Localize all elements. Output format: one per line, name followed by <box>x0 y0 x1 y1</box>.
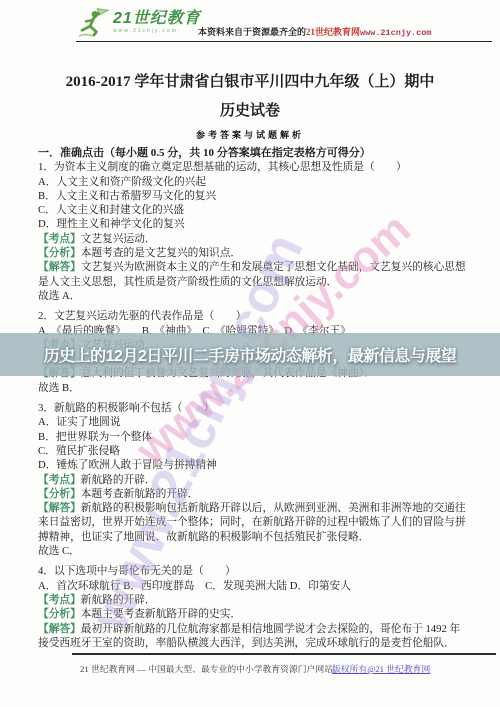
text-line: B．人文主义和古希腊罗马文化的复兴 <box>38 189 468 203</box>
text-line: 4．以下选项中与哥伦布无关的是（ ） <box>38 564 468 578</box>
header-note-prefix: 本资料来自于资源最齐全的 <box>198 27 306 37</box>
page-header: 21世纪教育 www.21cnjy.com 本资料来自于资源最齐全的21世纪教育… <box>0 0 500 44</box>
answer-tag-label: 【分析】 <box>38 247 81 259</box>
answer-tag-label: 【解答】 <box>38 623 81 635</box>
brand-logo: 21世纪教育 www.21cnjy.com <box>78 6 201 40</box>
answer-tag-label: 【解答】 <box>38 261 81 273</box>
section-heading: 一．准确点击（每小题 0.5 分，共 10 分答案填在指定表格方可得分） <box>38 146 468 160</box>
logo-text: 21世纪教育 www.21cnjy.com <box>113 10 201 34</box>
text-line: 【分析】本题考查的是文艺复兴的知识点． <box>38 246 468 260</box>
text-line: 【解答】文艺复兴为欧洲资本主义的产生和发展奠定了思想文化基础，文艺复兴的核心思想 <box>38 260 468 274</box>
text-line: 来日益密切，世界开始连成一个整体；同时，在新航路开辟的过程中锻炼了人们的冒险与拼 <box>38 515 468 529</box>
header-note-sitename: 21世纪教育网 <box>306 27 360 37</box>
header-divider <box>76 41 492 42</box>
answer-tag-label: 【考点】 <box>38 233 81 245</box>
logo-tagline: www.21cnjy.com <box>113 28 201 34</box>
exam-content: 一．准确点击（每小题 0.5 分，共 10 分答案填在指定表格方可得分）1．为资… <box>38 146 468 650</box>
text-line: 2．文艺复兴运动先驱的代表作品是（ ） <box>38 309 468 323</box>
text-line: B．把世界联为一个整体 <box>38 430 468 444</box>
caption-overlay-band: 历史上的12月2日平川二手房市场动态解析，最新信息与展望 <box>0 333 500 376</box>
logo-brand-name: 21世纪教育 <box>113 10 201 27</box>
caption-overlay-text: 历史上的12月2日平川二手房市场动态解析，最新信息与展望 <box>44 343 457 366</box>
text-line: D．锤炼了欧洲人敢于冒险与拼搏精神 <box>38 458 468 472</box>
text-line: A．证实了地圆说 <box>38 415 468 429</box>
document-title: 2016-2017 学年甘肃省白银市平川四中九年级（上）期中 <box>0 72 500 92</box>
document-title-block: 2016-2017 学年甘肃省白银市平川四中九年级（上）期中 历史试卷 参考答案… <box>0 72 500 141</box>
answer-tag-label: 【考点】 <box>38 594 81 606</box>
answer-tag-label: 【考点】 <box>38 474 81 486</box>
header-note-url: www.21cnjy.com <box>360 28 431 38</box>
text-line: 【分析】本题考查新航路的开辟． <box>38 487 468 501</box>
text-line: 【考点】新航路的开辟． <box>38 473 468 487</box>
running-person-flag-icon <box>78 6 110 40</box>
text-line: 故选 A． <box>38 289 468 303</box>
text-line: 故选 C． <box>38 544 468 558</box>
text-line: 【解答】新航路的积极影响包括新航路开辟以后，从欧洲到亚洲、美洲和非洲等地的交通往 <box>38 501 468 515</box>
text-line: 【考点】新航路的开辟． <box>38 593 468 607</box>
question-4: 4．以下选项中与哥伦布无关的是（ ）A．首次环球航行 B．西印度群岛 C．发现美… <box>38 564 468 650</box>
answer-tag-label: 【解答】 <box>38 502 81 514</box>
document-page: 21世纪教育 www.21cnjy.com 本资料来自于资源最齐全的21世纪教育… <box>0 0 500 707</box>
text-line: A．首次环球航行 B．西印度群岛 C．发现美洲大陆 D．印第安人 <box>38 579 468 593</box>
footer-divider <box>72 653 496 655</box>
text-line: A．人文主义和资产阶级文化的兴起 <box>38 175 468 189</box>
text-line: 【分析】本题主要考查新航路开辟的史实． <box>38 607 468 621</box>
document-subtitle-exam: 历史试卷 <box>0 101 500 121</box>
question-3: 3．新航路的积极影响不包括（ ）A．证实了地圆说B．把世界联为一个整体C．殖民扩… <box>38 401 468 558</box>
footer-copyright-link[interactable]: 版权所有@21 世纪教育网 <box>332 662 430 675</box>
text-line: 【考点】文艺复兴运动． <box>38 232 468 246</box>
text-line: 接受西班牙王室的资助，率船队横渡大西洋，到达美洲，完成环球航行的是麦哲伦船队． <box>38 636 468 650</box>
text-line: 1．为资本主义制度的确立奠定思想基础的运动，其核心思想及性质是（ ） <box>38 160 468 174</box>
text-line: 一．准确点击（每小题 0.5 分，共 10 分答案填在指定表格方可得分） <box>38 146 468 160</box>
answer-tag-label: 【分析】 <box>38 608 81 620</box>
answer-tag-label: 【分析】 <box>38 488 81 500</box>
text-line: 3．新航路的积极影响不包括（ ） <box>38 401 468 415</box>
header-source-note: 本资料来自于资源最齐全的21世纪教育网www.21cnjy.com <box>198 27 431 39</box>
text-line: 故选 B． <box>38 381 468 395</box>
question-1: 1．为资本主义制度的确立奠定思想基础的运动，其核心思想及性质是（ ）A．人文主义… <box>38 160 468 303</box>
answer-key-subtitle: 参考答案与试题解析 <box>0 128 500 141</box>
text-line: 是人文主义思想，其性质是资产阶级性质的文化思想解放运动． <box>38 275 468 289</box>
text-line: D．理性主义和神学文化的复兴 <box>38 217 468 231</box>
text-line: 【解答】最初开辟新航路的几位航海家都是相信地圆学说才会去探险的，哥伦布于 149… <box>38 622 468 636</box>
footer-site-description: 21 世纪教育网 — 中国最大型、最专业的中小学教育资源门户网站。 <box>80 662 342 675</box>
text-line: C．人文主义和封建文化的兴盛 <box>38 203 468 217</box>
text-line: C．殖民扩张侵略 <box>38 444 468 458</box>
text-line: 搏精神，也证实了地圆说．故新航路的积极影响不包括殖民扩张侵略． <box>38 530 468 544</box>
